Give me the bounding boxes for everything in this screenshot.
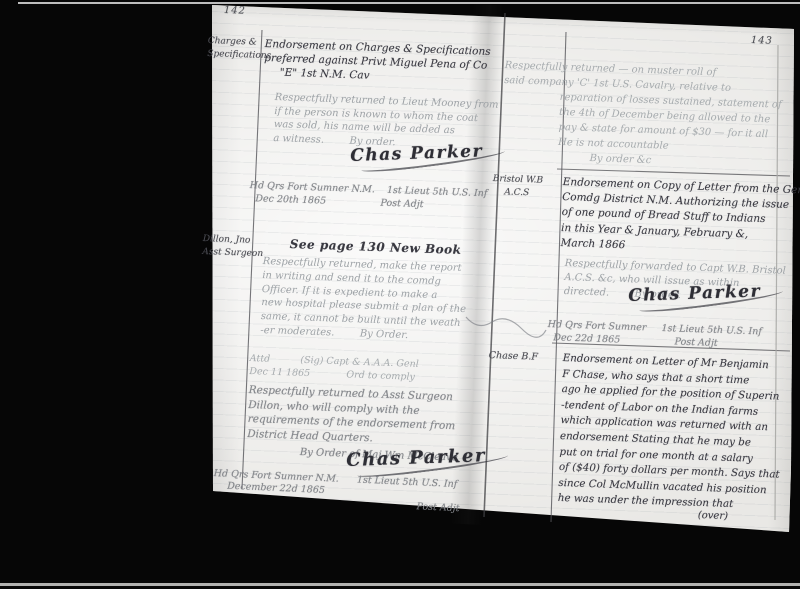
handwritten-line: Asst Surgeon <box>202 246 263 261</box>
handwritten-line: Chase B.F <box>489 349 539 364</box>
entry-body-charges: Endorsement on Charges & Specificationsp… <box>264 37 491 87</box>
page-number-right: 143 <box>751 35 773 47</box>
over-note: (over) <box>698 510 729 522</box>
entry-body-bristol: Endorsement on Copy of Letter from the G… <box>560 175 800 260</box>
gutter-line <box>484 13 505 517</box>
page-number-left: 142 <box>224 5 246 17</box>
handwritten-line: Specifications <box>207 48 271 63</box>
entry-return-dillon: Respectfully returned to Asst SurgeonDil… <box>247 383 456 448</box>
margin-label-chase: Chase B.F <box>489 349 539 364</box>
handwritten-line: A.C.S <box>504 186 543 200</box>
ink-squiggle <box>466 317 546 337</box>
margin-label-charges: Charges &Specifications <box>207 35 272 63</box>
handwritten-line: Bristol W.B <box>493 173 544 188</box>
entry-carryover-faint: Respectfully returned — on muster roll o… <box>501 58 783 173</box>
entry-reply-dillon-district: Respectfully returned, make the reportin… <box>260 255 468 345</box>
entry-body-chase: Endorsement on Letter of Mr BenjaminF Ch… <box>558 351 784 515</box>
margin-label-dillon: Dillon, JnoAsst Surgeon <box>202 233 264 261</box>
margin-label-bristol: Bristol W.BA.C.S <box>492 173 543 201</box>
microfilm-frame: 142 143 Charges &Specifications Endorsem… <box>0 0 800 589</box>
handwritten-line: Post Adjt <box>416 501 460 515</box>
